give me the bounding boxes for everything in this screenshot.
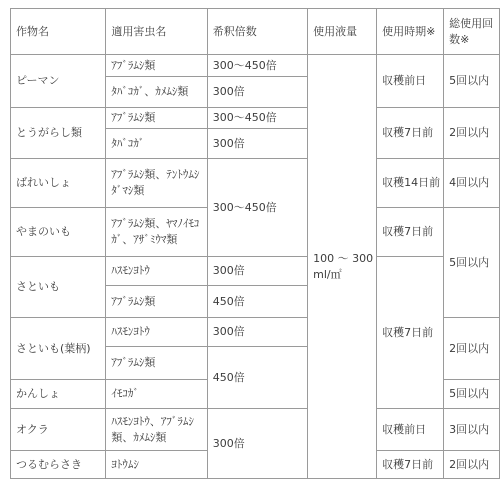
column-header-liquid: 使用液量: [308, 9, 377, 55]
column-header-pest: 適用害虫名: [106, 9, 207, 55]
usage-count-cell: 5回以内: [444, 208, 500, 318]
dilution-cell: 450倍: [207, 286, 307, 318]
pest-name-cell: ｲﾓｺｶﾞ: [106, 380, 207, 409]
usage-period-cell: 収穫7日前: [377, 257, 444, 409]
dilution-cell: 300～450倍: [207, 108, 307, 129]
crop-name-cell: さといも(葉柄): [11, 318, 106, 380]
pest-name-cell: ﾖﾄｳﾑｼ: [106, 451, 207, 479]
pest-name-cell: ｱﾌﾞﾗﾑｼ類: [106, 347, 207, 380]
table-row: とうがらし類 ｱﾌﾞﾗﾑｼ類 300～450倍 収穫7日前 2回以内: [11, 108, 500, 129]
usage-period-cell: 収穫7日前: [377, 108, 444, 159]
table-row: オクラ ﾊｽﾓﾝﾖﾄｳ、ｱﾌﾞﾗﾑｼ類、ｶﾒﾑｼ類 300倍 収穫前日 3回以内: [11, 409, 500, 451]
pesticide-usage-table: 作物名 適用害虫名 希釈倍数 使用液量 使用時期※ 総使用回数※ ピーマン ｱﾌ…: [10, 8, 500, 479]
dilution-cell: 300～450倍: [207, 159, 307, 257]
usage-period-cell: 収穫7日前: [377, 451, 444, 479]
usage-period-cell: 収穫前日: [377, 55, 444, 108]
table-row: さといも ﾊｽﾓﾝﾖﾄｳ 300倍 収穫7日前: [11, 257, 500, 286]
usage-period-cell: 収穫7日前: [377, 208, 444, 257]
usage-period-cell: 収穫14日前: [377, 159, 444, 208]
table-row: ピーマン ｱﾌﾞﾗﾑｼ類 300～450倍 100 ～ 300 ml/㎡ 収穫前…: [11, 55, 500, 77]
pest-name-cell: ﾊｽﾓﾝﾖﾄｳ: [106, 318, 207, 347]
pest-name-cell: ｱﾌﾞﾗﾑｼ類: [106, 286, 207, 318]
dilution-cell: 450倍: [207, 347, 307, 409]
dilution-cell: 300倍: [207, 129, 307, 159]
usage-count-cell: 4回以内: [444, 159, 500, 208]
crop-name-cell: かんしょ: [11, 380, 106, 409]
crop-name-cell: ばれいしょ: [11, 159, 106, 208]
pest-name-cell: ｱﾌﾞﾗﾑｼ類、ﾔﾏﾉｲﾓｺｶﾞ、ｱｻﾞﾐｳﾏ類: [106, 208, 207, 257]
usage-count-cell: 3回以内: [444, 409, 500, 451]
dilution-cell: 300倍: [207, 257, 307, 286]
column-header-dilution: 希釈倍数: [207, 9, 307, 55]
dilution-cell: 300～450倍: [207, 55, 307, 77]
pest-name-cell: ｱﾌﾞﾗﾑｼ類: [106, 108, 207, 129]
pest-name-cell: ﾀﾊﾞｺｶﾞ: [106, 129, 207, 159]
pest-name-cell: ﾊｽﾓﾝﾖﾄｳ: [106, 257, 207, 286]
column-header-period: 使用時期※: [377, 9, 444, 55]
crop-name-cell: つるむらさき: [11, 451, 106, 479]
liquid-unit: ml/㎡: [313, 267, 373, 283]
column-header-crop: 作物名: [11, 9, 106, 55]
crop-name-cell: オクラ: [11, 409, 106, 451]
crop-name-cell: さといも: [11, 257, 106, 318]
pest-name-cell: ｱﾌﾞﾗﾑｼ類、ﾃﾝﾄｳﾑｼﾀﾞﾏｼ類: [106, 159, 207, 208]
crop-name-cell: とうがらし類: [11, 108, 106, 159]
dilution-cell: 300倍: [207, 77, 307, 108]
usage-count-cell: 2回以内: [444, 318, 500, 380]
usage-count-cell: 2回以内: [444, 451, 500, 479]
crop-name-cell: ピーマン: [11, 55, 106, 108]
usage-count-cell: 2回以内: [444, 108, 500, 159]
crop-name-cell: やまのいも: [11, 208, 106, 257]
liquid-range: 100 ～ 300: [313, 251, 373, 267]
table-row: ばれいしょ ｱﾌﾞﾗﾑｼ類、ﾃﾝﾄｳﾑｼﾀﾞﾏｼ類 300～450倍 収穫14日…: [11, 159, 500, 208]
dilution-cell: 300倍: [207, 318, 307, 347]
header-row: 作物名 適用害虫名 希釈倍数 使用液量 使用時期※ 総使用回数※: [11, 9, 500, 55]
pest-name-cell: ﾀﾊﾞｺｶﾞ、ｶﾒﾑｼ類: [106, 77, 207, 108]
liquid-amount-cell: 100 ～ 300 ml/㎡: [308, 55, 377, 479]
column-header-count: 総使用回数※: [444, 9, 500, 55]
pest-name-cell: ﾊｽﾓﾝﾖﾄｳ、ｱﾌﾞﾗﾑｼ類、ｶﾒﾑｼ類: [106, 409, 207, 451]
dilution-cell: 300倍: [207, 409, 307, 479]
usage-count-cell: 5回以内: [444, 55, 500, 108]
usage-period-cell: 収穫前日: [377, 409, 444, 451]
usage-count-cell: 5回以内: [444, 380, 500, 409]
pest-name-cell: ｱﾌﾞﾗﾑｼ類: [106, 55, 207, 77]
